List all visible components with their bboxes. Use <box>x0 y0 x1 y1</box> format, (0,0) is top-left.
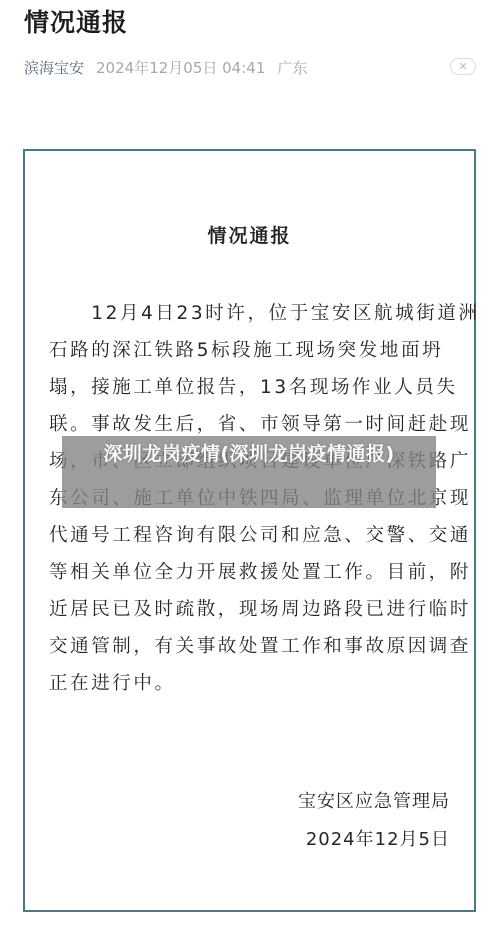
body-line: 交通管制，有关事故处置工作和事故原因调查 <box>49 628 452 665</box>
document-title: 情况通报 <box>25 221 474 248</box>
publish-datetime: 2024年12月05日 04:41 <box>96 56 265 80</box>
body-line: 等相关单位全力开展救援处置工作。目前，附 <box>49 554 452 591</box>
close-icon: ✕ <box>458 61 467 72</box>
body-line: 正在进行中。 <box>49 665 452 702</box>
notice-image-card: 情况通报 12月4日23时许，位于宝安区航城街道洲 石路的深江铁路5标段施工现场… <box>23 149 476 912</box>
body-line: 近居民已及时疏散，现场周边路段已进行临时 <box>49 591 452 628</box>
body-line: 石路的深江铁路5标段施工现场突发地面坍 <box>49 332 452 369</box>
publish-region: 广东 <box>277 56 307 80</box>
caption-overlay-banner: 深圳龙岗疫情(深圳龙岗疫情通报) <box>62 436 436 508</box>
issue-date: 2024年12月5日 <box>298 821 450 859</box>
body-line: 塌，接施工单位报告，13名现场作业人员失 <box>49 369 452 406</box>
source-account-link[interactable]: 滨海宝安 <box>24 56 84 80</box>
close-button[interactable]: ✕ <box>450 58 476 75</box>
body-line: 代通号工程咨询有限公司和应急、交警、交通 <box>49 517 452 554</box>
page-title: 情况通报 <box>24 6 128 40</box>
body-line: 12月4日23时许，位于宝安区航城街道洲 <box>49 295 452 332</box>
article-meta: 滨海宝安 2024年12月05日 04:41 广东 <box>24 56 480 80</box>
issuing-authority: 宝安区应急管理局 <box>298 783 450 821</box>
document-signature-block: 宝安区应急管理局 2024年12月5日 <box>298 783 450 859</box>
